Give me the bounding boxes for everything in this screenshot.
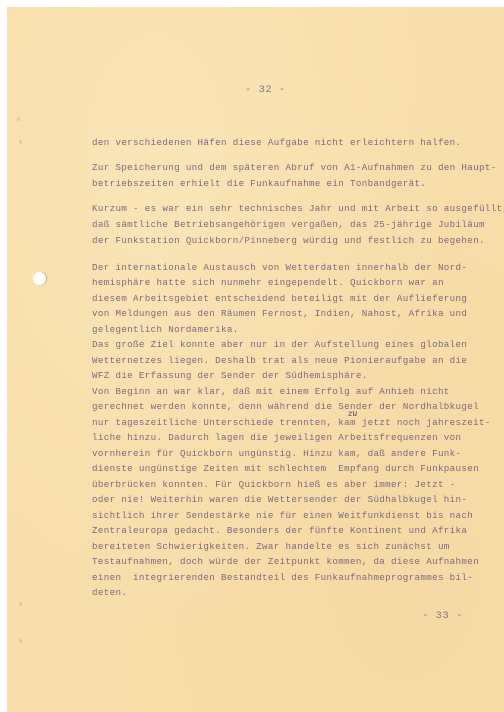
text-line: der Funkstation Quickborn/Pinneberg würd… <box>92 235 485 247</box>
text-line: einen integrierenden Bestandteil des Fun… <box>92 572 473 584</box>
punch-hole <box>33 272 46 285</box>
text-line: deten. <box>92 587 127 599</box>
text-line: Das große Ziel konnte aber nur in der Au… <box>92 339 467 351</box>
page-number-top: - 32 - <box>245 84 286 96</box>
text-line: WFZ die Erfassung der Sender der Südhemi… <box>92 370 368 382</box>
text-line: oder nie! Weiterhin waren die Wettersend… <box>92 494 467 506</box>
text-line: dienste ungünstige Zeiten mit schlechtem… <box>92 463 479 475</box>
text-line: nur tageszeitliche Unterschiede trennten… <box>92 417 491 429</box>
text-line: sichtlich ihrer Sendestärke nie für eine… <box>92 510 473 522</box>
text-line: gerechnet werden konnte, denn während di… <box>92 401 479 413</box>
handwritten-insertion: zu <box>348 409 357 418</box>
text-line: Testaufnahmen, doch würde der Zeitpunkt … <box>92 556 479 568</box>
text-line: Kurzum - es war ein sehr technisches Jah… <box>92 203 504 215</box>
text-line: Zentraleuropa gedacht. Besonders der fün… <box>92 525 467 537</box>
text-line: vornherein für Quickborn ungünstig. Hinz… <box>92 448 461 460</box>
margin-mark <box>19 140 22 144</box>
text-line: Wetternetzes liegen. Deshalb trat als ne… <box>92 355 467 367</box>
margin-mark <box>19 602 22 606</box>
text-line: von Meldungen aus den Räumen Fernost, In… <box>92 308 467 320</box>
text-line: diesem Arbeitsgebiet entscheidend beteil… <box>92 293 467 305</box>
text-line: gelegentlich Nordamerika. <box>92 324 239 336</box>
text-line: hemisphäre hatte sich nunmehr eingepende… <box>92 277 444 289</box>
text-line: den verschiedenen Häfen diese Aufgabe ni… <box>92 137 461 149</box>
text-line: bereiteten Schwierigkeiten. Zwar handelt… <box>92 541 450 553</box>
text-line: Der internationale Austausch von Wetterd… <box>92 262 467 274</box>
text-line: daß sämtliche Betriebsangehörigen vergaß… <box>92 219 485 231</box>
margin-mark <box>19 639 22 643</box>
margin-mark <box>17 117 20 121</box>
text-line: Zur Speicherung und dem späteren Abruf v… <box>92 162 497 174</box>
text-line: Von Beginn an war klar, daß mit einem Er… <box>92 386 450 398</box>
text-line: betriebszeiten erhielt die Funkaufnahme … <box>92 178 426 190</box>
text-line: liche hinzu. Dadurch lagen die jeweilige… <box>92 432 461 444</box>
text-line: überbrücken konnten. Für Quickborn hieß … <box>92 479 456 491</box>
page-number-next: - 33 - <box>422 610 463 622</box>
